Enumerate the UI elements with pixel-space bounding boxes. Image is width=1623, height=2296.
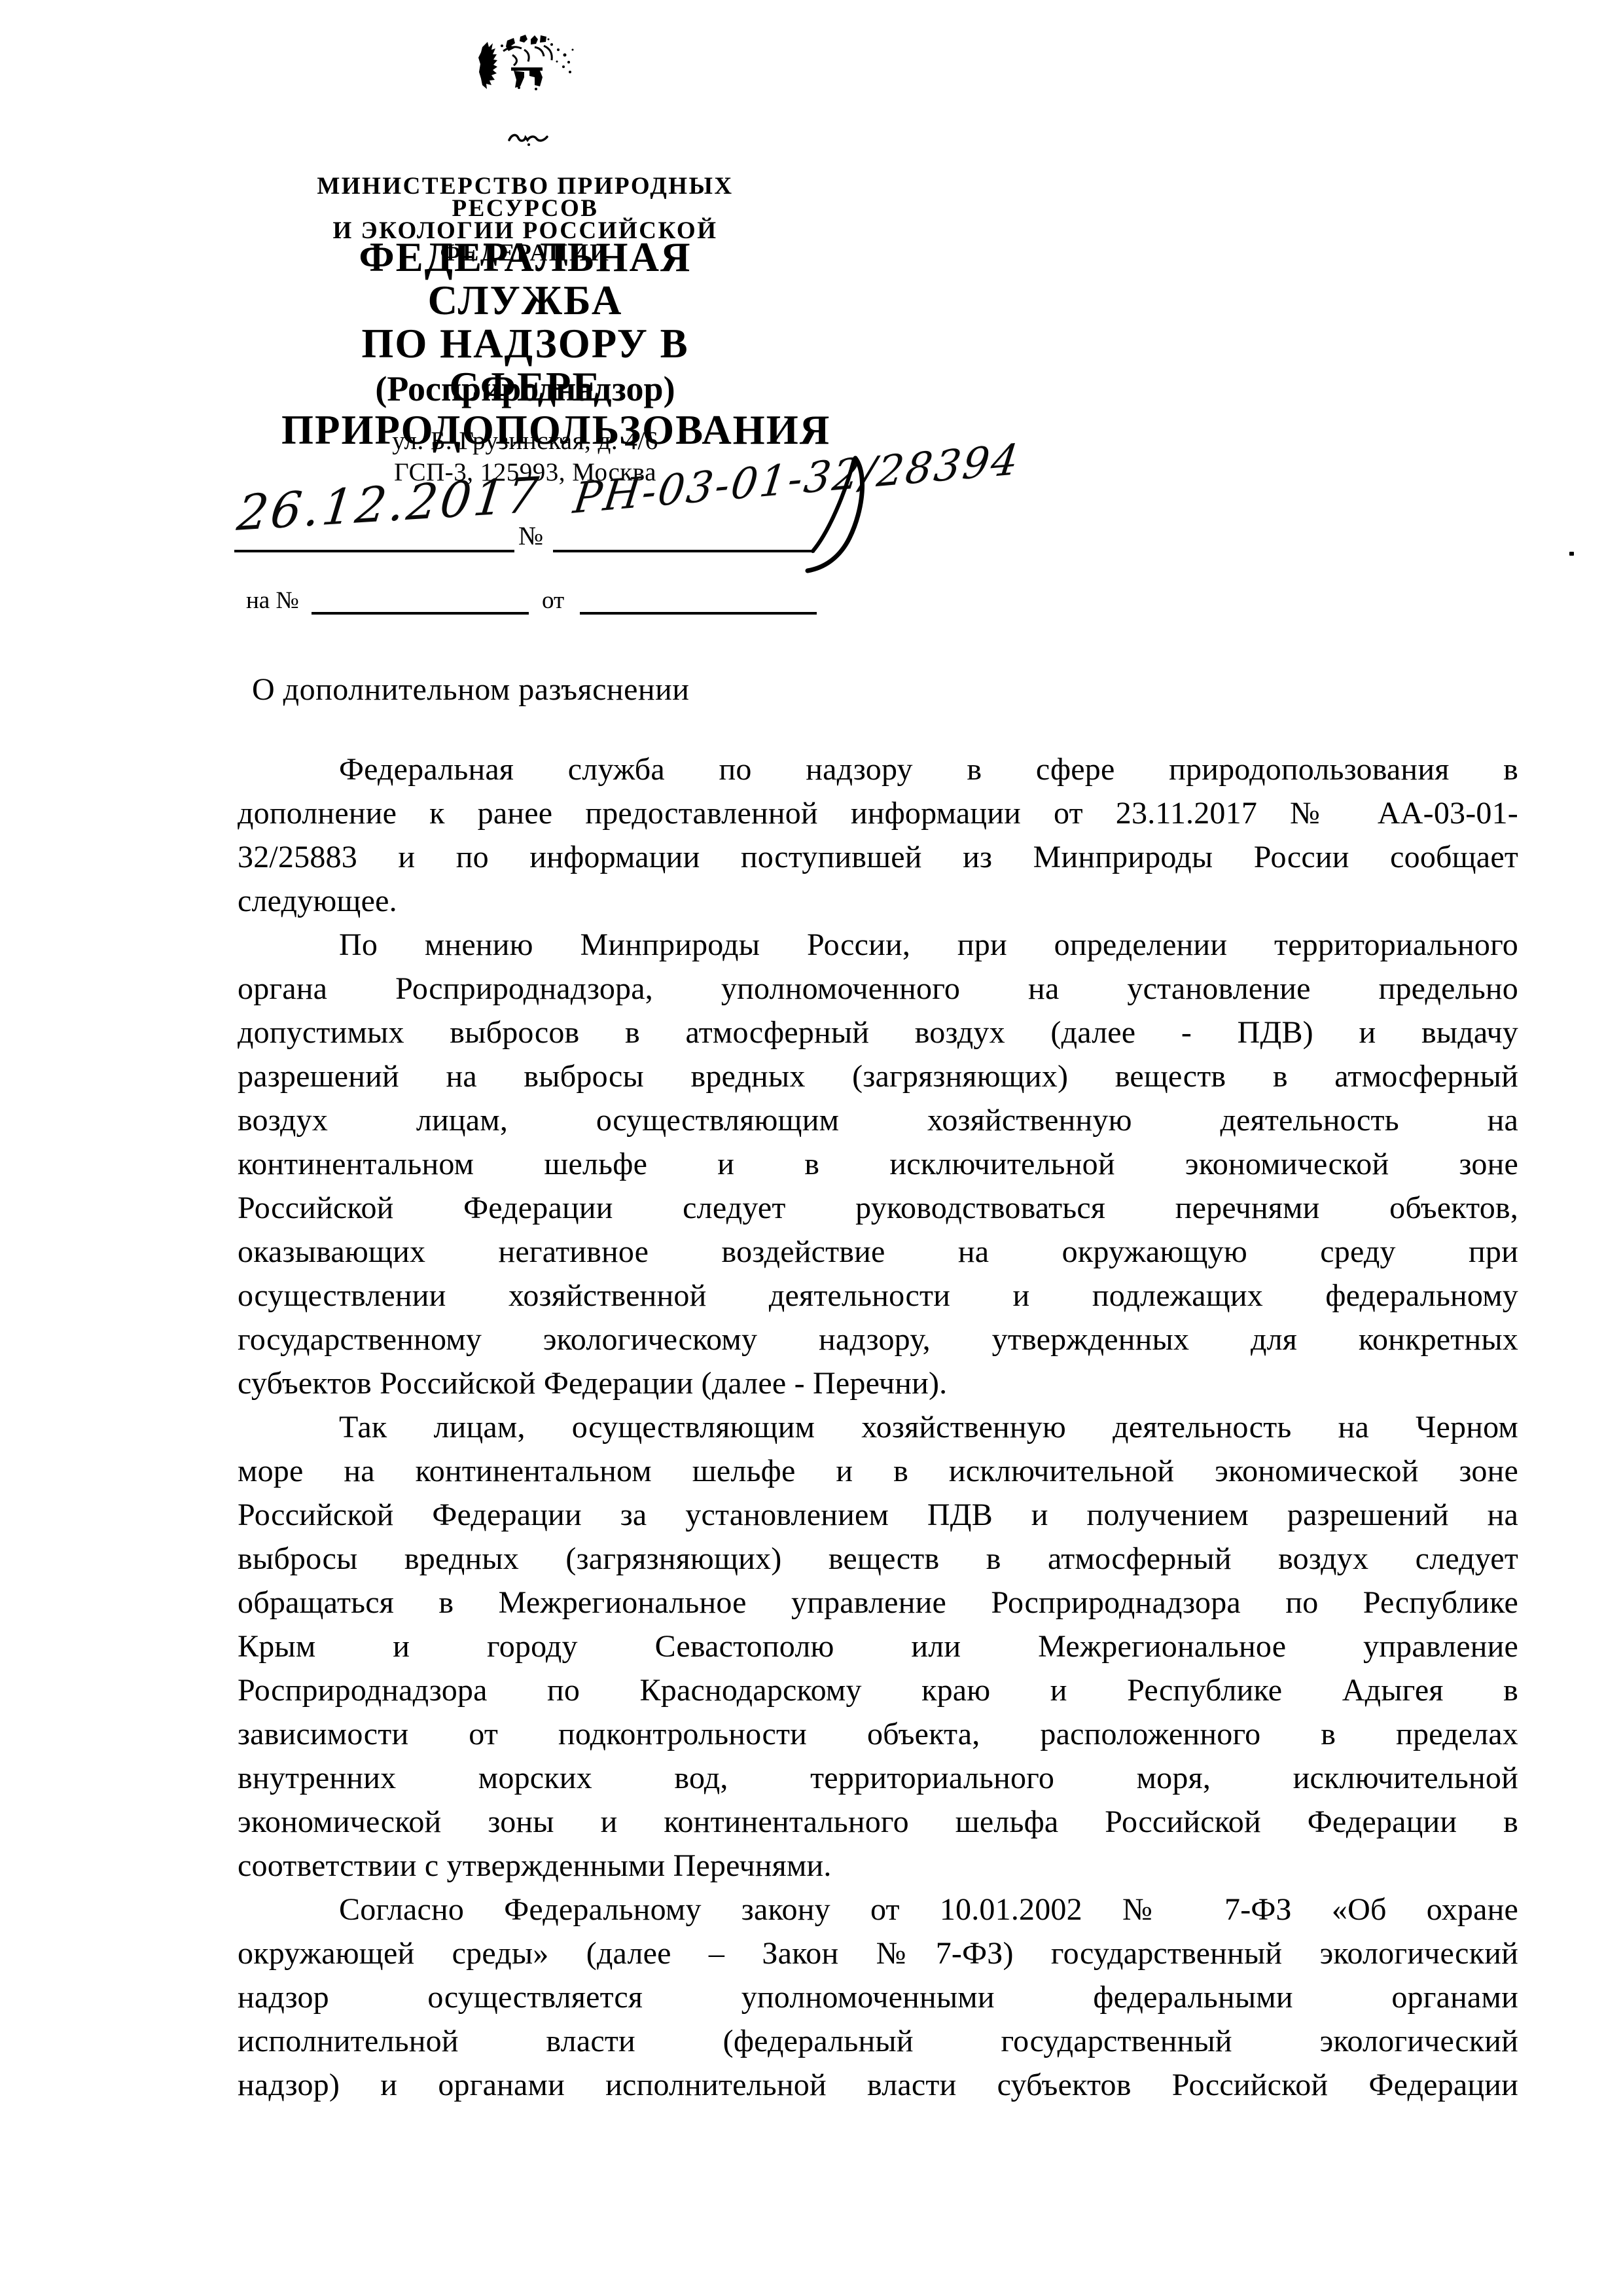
body-line: органа Росприроднадзора, уполномоченного…: [238, 967, 1518, 1011]
body-line: континентальном шельфе и в исключительно…: [238, 1142, 1518, 1186]
body-line: выбросы вредных (загрязняющих) веществ в…: [238, 1537, 1518, 1581]
coat-of-arms-emblem: [473, 33, 584, 93]
body-line: внутренних морских вод, территориального…: [238, 1756, 1518, 1800]
body-line: Российской Федерации за установлением ПД…: [238, 1493, 1518, 1537]
body-line: окружающей среды» (далее – Закон №7-ФЗ) …: [238, 1931, 1518, 1975]
number-sign: №: [518, 520, 543, 551]
reference-from-label: от: [542, 586, 564, 615]
body-line: осуществлении хозяйственной деятельности…: [238, 1274, 1518, 1318]
address-line-1: ул. Б. Грузинская, д. 4/6: [281, 425, 769, 457]
body-line: государственному экологическому надзору,…: [238, 1318, 1518, 1361]
body-line: разрешений на выбросы вредных (загрязняю…: [238, 1054, 1518, 1098]
body-line: надзор осуществляется уполномоченными фе…: [238, 1975, 1518, 2019]
body-line: соответствии с утвержденными Перечнями.: [238, 1844, 1518, 1888]
reference-number-underline: [312, 612, 529, 615]
body-line: надзор) и органами исполнительной власти…: [238, 2063, 1518, 2107]
ministry-line-1: МИНИСТЕРСТВО ПРИРОДНЫХ РЕСУРСОВ: [281, 175, 769, 220]
body-line: воздух лицам, осуществляющим хозяйственн…: [238, 1098, 1518, 1142]
squiggle-icon: [507, 131, 553, 148]
scan-speck-artifact: [1569, 552, 1574, 556]
service-name: ФЕДЕРАЛЬНАЯ СЛУЖБА ПО НАДЗОРУ В СФЕРЕ ПР…: [281, 236, 769, 452]
body-line: оказывающих негативное воздействие на ок…: [238, 1230, 1518, 1274]
body-line: Росприроднадзора по Краснодарскому краю …: [238, 1668, 1518, 1712]
pen-flourish-stroke: [793, 453, 878, 574]
number-underline: [553, 550, 815, 552]
body-line: экономической зоны и континентального ше…: [238, 1800, 1518, 1844]
service-line-1: ФЕДЕРАЛЬНАЯ СЛУЖБА: [281, 236, 769, 322]
body-text: Федеральная служба по надзору в сфере пр…: [238, 747, 1518, 2107]
body-line: Так лицам, осуществляющим хозяйственную …: [238, 1405, 1518, 1449]
pen-stroke-icon: [793, 453, 878, 574]
body-line: Российской Федерации следует руководство…: [238, 1186, 1518, 1230]
body-line: следующее.: [238, 879, 1518, 923]
body-line: зависимости от подконтрольности объекта,…: [238, 1712, 1518, 1756]
body-line: исполнительной власти (федеральный госуд…: [238, 2019, 1518, 2063]
reference-date-underline: [580, 612, 817, 615]
body-line: допустимых выбросов в атмосферный воздух…: [238, 1011, 1518, 1054]
body-line: субъектов Российской Федерации (далее - …: [238, 1361, 1518, 1405]
body-line: Согласно Федеральному закону от 10.01.20…: [238, 1888, 1518, 1931]
body-line: 32/25883 и по информации поступившей из …: [238, 835, 1518, 879]
date-underline: [234, 550, 514, 552]
body-line: море на континентальном шельфе и в исклю…: [238, 1449, 1518, 1493]
body-line: дополнение к ранее предоставленной инфор…: [238, 791, 1518, 835]
ink-squiggle: [507, 131, 553, 148]
reference-on-number-label: на №: [246, 586, 299, 615]
body-line: Крым и городу Севастополю или Межрегиона…: [238, 1624, 1518, 1668]
scanned-letter-page: МИНИСТЕРСТВО ПРИРОДНЫХ РЕСУРСОВ И ЭКОЛОГ…: [0, 0, 1623, 2296]
body-line: обращаться в Межрегиональное управление …: [238, 1581, 1518, 1624]
body-line: Федеральная служба по надзору в сфере пр…: [238, 747, 1518, 791]
service-short-name: (Росприроднадзор): [281, 369, 769, 408]
body-line: По мнению Минприроды России, при определ…: [238, 923, 1518, 967]
letter-subject: О дополнительном разъяснении: [252, 672, 689, 708]
handwritten-date: 26.12.2017: [234, 467, 544, 542]
coat-of-arms-icon: [473, 33, 584, 93]
